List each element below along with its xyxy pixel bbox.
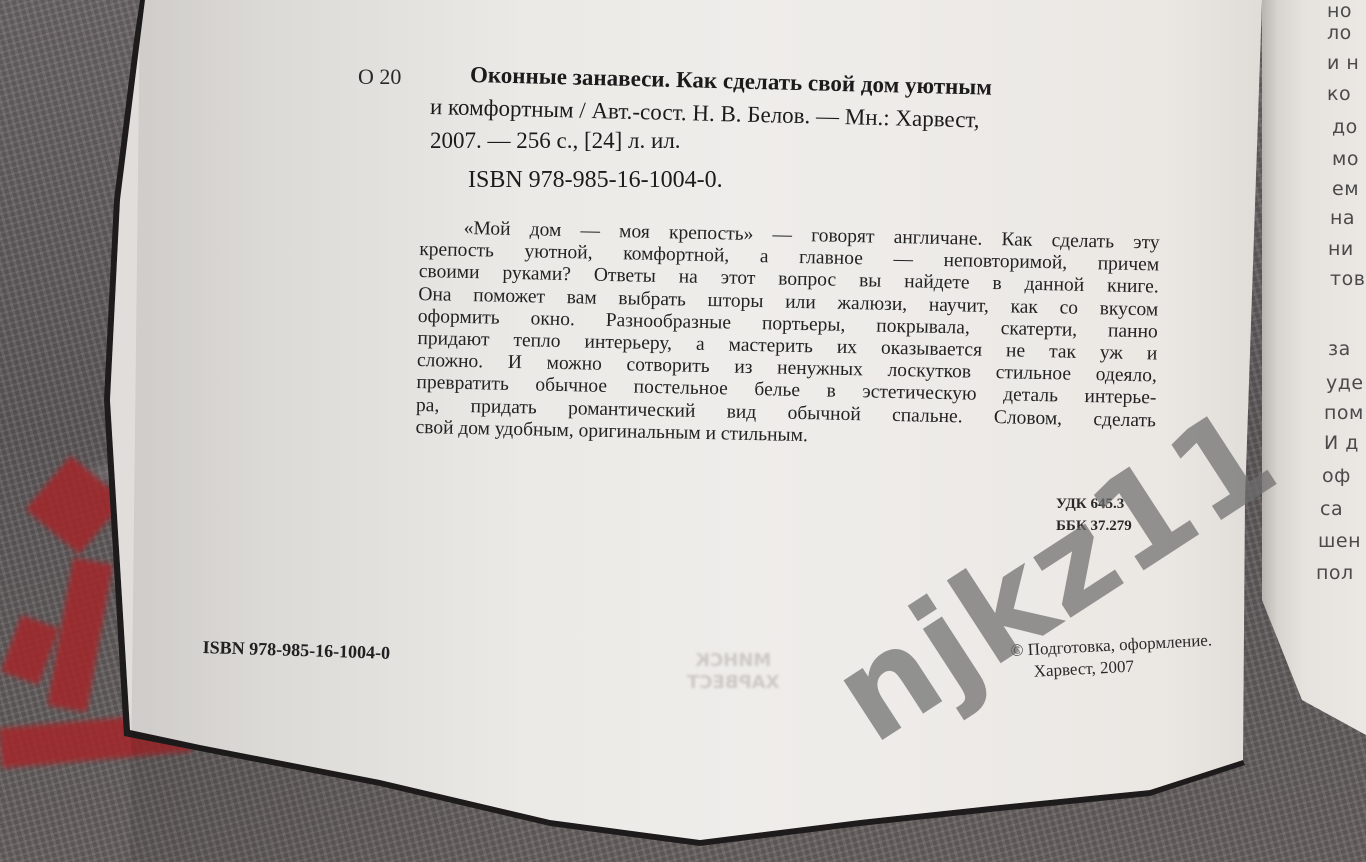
facing-page-line: са [1320,498,1343,520]
publisher-stamp-show-through: МИНСК ХАРВЕСТ [687,650,780,694]
book-title-line-3: 2007. — 256 с., [24] л. ил. [430,128,681,154]
facing-page-line: ло [1327,22,1352,44]
isbn-main: ISBN 978-985-16-1004-0. [468,167,723,194]
catalog-code: О 20 [358,64,401,90]
facing-page-line: ем [1332,178,1359,200]
facing-page-line: мо [1332,148,1359,170]
facing-page-line: шен [1318,530,1361,552]
facing-page-line: пол [1316,562,1354,584]
facing-page-line: ко [1327,83,1351,105]
classification-codes: УДК 645.3 ББК 37.279 [1056,493,1132,537]
facing-page-line: оф [1322,465,1351,487]
udk-code: УДК 645.3 [1056,493,1132,515]
facing-page-line: тов [1330,268,1365,290]
facing-page-line: И д [1324,432,1359,454]
facing-page-line: ни [1328,238,1354,260]
facing-page-line: но [1327,0,1352,22]
facing-page-line: до [1332,116,1358,138]
facing-page-line: пом [1324,402,1364,424]
bbk-code: ББК 37.279 [1056,515,1132,537]
facing-page-line: уде [1326,372,1364,394]
facing-page-line: за [1328,338,1351,360]
stamp-line-2: ХАРВЕСТ [687,672,780,694]
stamp-line-1: МИНСК [687,650,780,672]
facing-page-line: на [1330,207,1355,229]
annotation-paragraph: «Мой дом — моя крепость» — говорят англи… [415,217,1159,454]
facing-page-line: и н [1327,52,1359,74]
